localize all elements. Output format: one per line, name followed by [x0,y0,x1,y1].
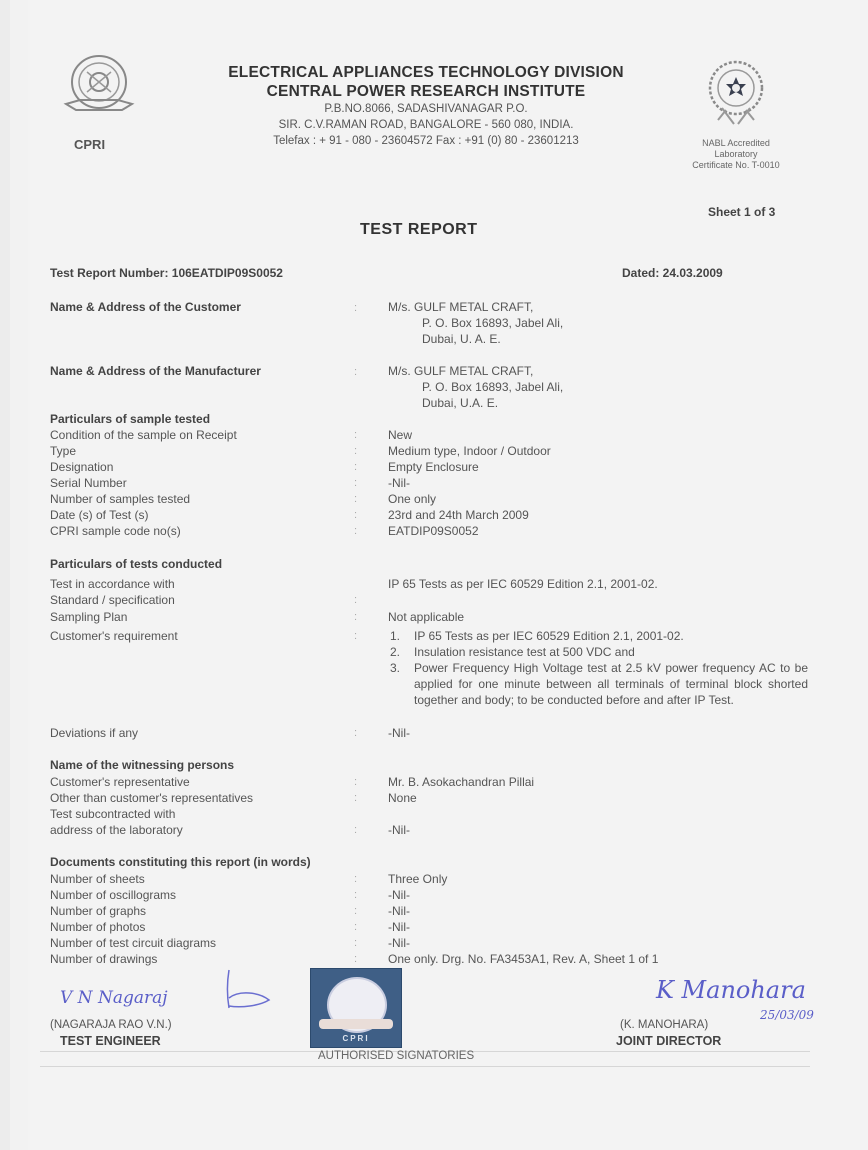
row-label: Test subcontracted with [50,806,175,822]
row-value: -Nil- [388,903,410,919]
colon: : [354,609,357,625]
manufacturer-label: Name & Address of the Manufacturer [50,364,261,378]
tests-row: Sampling Plan:Not applicable [50,609,810,625]
sample-row: Condition of the sample on Receipt:New [50,427,810,443]
manufacturer-line: M/s. GULF METAL CRAFT, [388,363,533,379]
sample-row: Type:Medium type, Indoor / Outdoor [50,443,810,459]
row-label: Other than customer's representatives [50,790,253,806]
row-label: Number of test circuit diagrams [50,935,216,951]
row-label: Number of sheets [50,871,145,887]
joint-director-signature: K Manohara [656,976,806,1004]
address-line-1: P.B.NO.8066, SADASHIVANAGAR P.O. [186,103,666,115]
row-value: EATDIP09S0052 [388,523,479,539]
requirement-text: Insulation resistance test at 500 VDC an… [414,645,635,659]
colon: : [354,443,357,459]
colon: : [354,523,357,539]
colon: : [354,822,357,838]
row-value: Not applicable [388,609,464,625]
row-value: IP 65 Tests as per IEC 60529 Edition 2.1… [388,576,658,592]
colon: : [354,300,357,316]
documents-row: Number of oscillograms:-Nil- [50,887,810,903]
cpri-emblem-icon [62,52,136,120]
sample-row: CPRI sample code no(s):EATDIP09S0052 [50,523,810,539]
requirement-item: 2.Insulation resistance test at 500 VDC … [388,644,808,660]
manufacturer-line: P. O. Box 16893, Jabel Ali, [422,379,563,395]
colon: : [354,903,357,919]
row-value: -Nil- [388,725,410,741]
colon: : [354,628,357,644]
row-value: Mr. B. Asokachandran Pillai [388,774,534,790]
row-label: address of the laboratory [50,822,183,838]
contact-line: Telefax : + 91 - 080 - 23604572 Fax : +9… [186,135,666,147]
documents-row: Number of photos:-Nil- [50,919,810,935]
row-label: Condition of the sample on Receipt [50,427,237,443]
colon: : [354,871,357,887]
row-value: -Nil- [388,935,410,951]
colon: : [354,507,357,523]
test-engineer-signature: V N Nagaraj [60,988,168,1008]
witness-section-heading: Name of the witnessing persons [50,758,234,772]
requirement-item: 1.IP 65 Tests as per IEC 60529 Edition 2… [388,628,808,644]
colon: : [354,919,357,935]
documents-row: Number of test circuit diagrams:-Nil- [50,935,810,951]
requirement-text: Power Frequency High Voltage test at 2.5… [414,661,808,707]
colon: : [354,475,357,491]
colon: : [354,491,357,507]
sheet-number: Sheet 1 of 3 [708,205,775,219]
division-title: ELECTRICAL APPLIANCES TECHNOLOGY DIVISIO… [186,64,666,82]
tests-section-heading: Particulars of tests conducted [50,557,222,571]
row-label: Customer's representative [50,774,190,790]
requirement-item: 3.Power Frequency High Voltage test at 2… [388,660,808,708]
row-label: Number of photos [50,919,145,935]
documents-row: Number of sheets:Three Only [50,871,810,887]
joint-director-name: (K. MANOHARA) [620,1019,708,1031]
row-value: 23rd and 24th March 2009 [388,507,529,523]
colon: : [354,592,357,608]
colon: : [354,364,357,380]
cpri-seal-stamp: CPRI [310,968,402,1048]
manufacturer-line: Dubai, U.A. E. [422,395,498,411]
colon: : [354,725,357,741]
test-engineer-name: (NAGARAJA RAO V.N.) [50,1019,172,1031]
tests-row: Deviations if any:-Nil- [50,725,810,741]
row-label: Designation [50,459,113,475]
accreditation-line: Laboratory [666,149,806,160]
row-label: Serial Number [50,475,127,491]
tests-row: Test in accordance withIP 65 Tests as pe… [50,576,810,592]
witness-row: address of the laboratory:-Nil- [50,822,810,838]
sample-row: Number of samples tested:One only [50,491,810,507]
row-label: Customer's requirement [50,628,178,644]
accreditation-note: NABL Accredited Laboratory Certificate N… [666,138,806,171]
witness-row: Test subcontracted with [50,806,810,822]
row-label: Sampling Plan [50,609,127,625]
authorised-signatories: AUTHORISED SIGNATORIES [318,1050,474,1062]
report-number: Test Report Number: 106EATDIP09S0052 [50,266,283,280]
row-label: Type [50,443,76,459]
joint-director-role: JOINT DIRECTOR [616,1034,721,1048]
sample-section-heading: Particulars of sample tested [50,412,210,426]
requirement-number: 1. [390,628,400,644]
documents-section-heading: Documents constituting this report (in w… [50,855,311,869]
row-label: CPRI sample code no(s) [50,523,181,539]
divider-line [40,1066,810,1067]
witness-row: Other than customer's representatives:No… [50,790,810,806]
customer-line: Dubai, U. A. E. [422,331,501,347]
row-label: Date (s) of Test (s) [50,507,148,523]
page-edge [0,0,10,1150]
row-value: Three Only [388,871,447,887]
address-line-2: SIR. C.V.RAMAN ROAD, BANGALORE - 560 080… [186,119,666,131]
row-label: Number of oscillograms [50,887,176,903]
colon: : [354,887,357,903]
requirement-number: 3. [390,660,400,676]
row-label: Number of samples tested [50,491,190,507]
stamp-text: CPRI [311,1034,401,1043]
row-label: Deviations if any [50,725,138,741]
row-value: None [388,790,417,806]
colon: : [354,774,357,790]
row-value: -Nil- [388,475,410,491]
documents-row: Number of graphs:-Nil- [50,903,810,919]
witness-row: Customer's representative:Mr. B. Asokach… [50,774,810,790]
row-value: -Nil- [388,919,410,935]
signature-date: 25/03/09 [760,1008,814,1022]
report-title: TEST REPORT [360,221,478,239]
row-value: -Nil- [388,887,410,903]
documents-row: Number of drawings:One only. Drg. No. FA… [50,951,810,967]
row-value: One only. Drg. No. FA3453A1, Rev. A, She… [388,951,658,967]
row-value: Medium type, Indoor / Outdoor [388,443,551,459]
row-value: Empty Enclosure [388,459,479,475]
sample-row: Serial Number:-Nil- [50,475,810,491]
sample-row: Date (s) of Test (s):23rd and 24th March… [50,507,810,523]
report-date: Dated: 24.03.2009 [622,266,723,280]
requirement-number: 2. [390,644,400,660]
row-label: Number of drawings [50,951,157,967]
institute-title: CENTRAL POWER RESEARCH INSTITUTE [186,83,666,101]
row-value: One only [388,491,436,507]
accreditation-line: Certificate No. T-0010 [666,160,806,171]
customer-line: M/s. GULF METAL CRAFT, [388,299,533,315]
requirements-list: 1.IP 65 Tests as per IEC 60529 Edition 2… [388,628,808,708]
row-label: Test in accordance with [50,576,175,592]
customer-line: P. O. Box 16893, Jabel Ali, [422,315,563,331]
customer-label: Name & Address of the Customer [50,300,241,314]
colon: : [354,790,357,806]
row-label: Standard / specification [50,592,175,608]
accreditation-line: NABL Accredited [666,138,806,149]
signature-flourish-icon [215,968,275,1012]
cpri-label: CPRI [74,137,105,152]
requirement-text: IP 65 Tests as per IEC 60529 Edition 2.1… [414,629,684,643]
tests-row: Standard / specification: [50,592,810,608]
colon: : [354,951,357,967]
row-label: Number of graphs [50,903,146,919]
sample-row: Designation:Empty Enclosure [50,459,810,475]
seal-band-icon [319,1019,393,1029]
colon: : [354,459,357,475]
test-engineer-role: TEST ENGINEER [60,1034,161,1048]
colon: : [354,935,357,951]
colon: : [354,427,357,443]
row-value: -Nil- [388,822,410,838]
row-value: New [388,427,412,443]
nabl-emblem-icon [704,60,768,130]
